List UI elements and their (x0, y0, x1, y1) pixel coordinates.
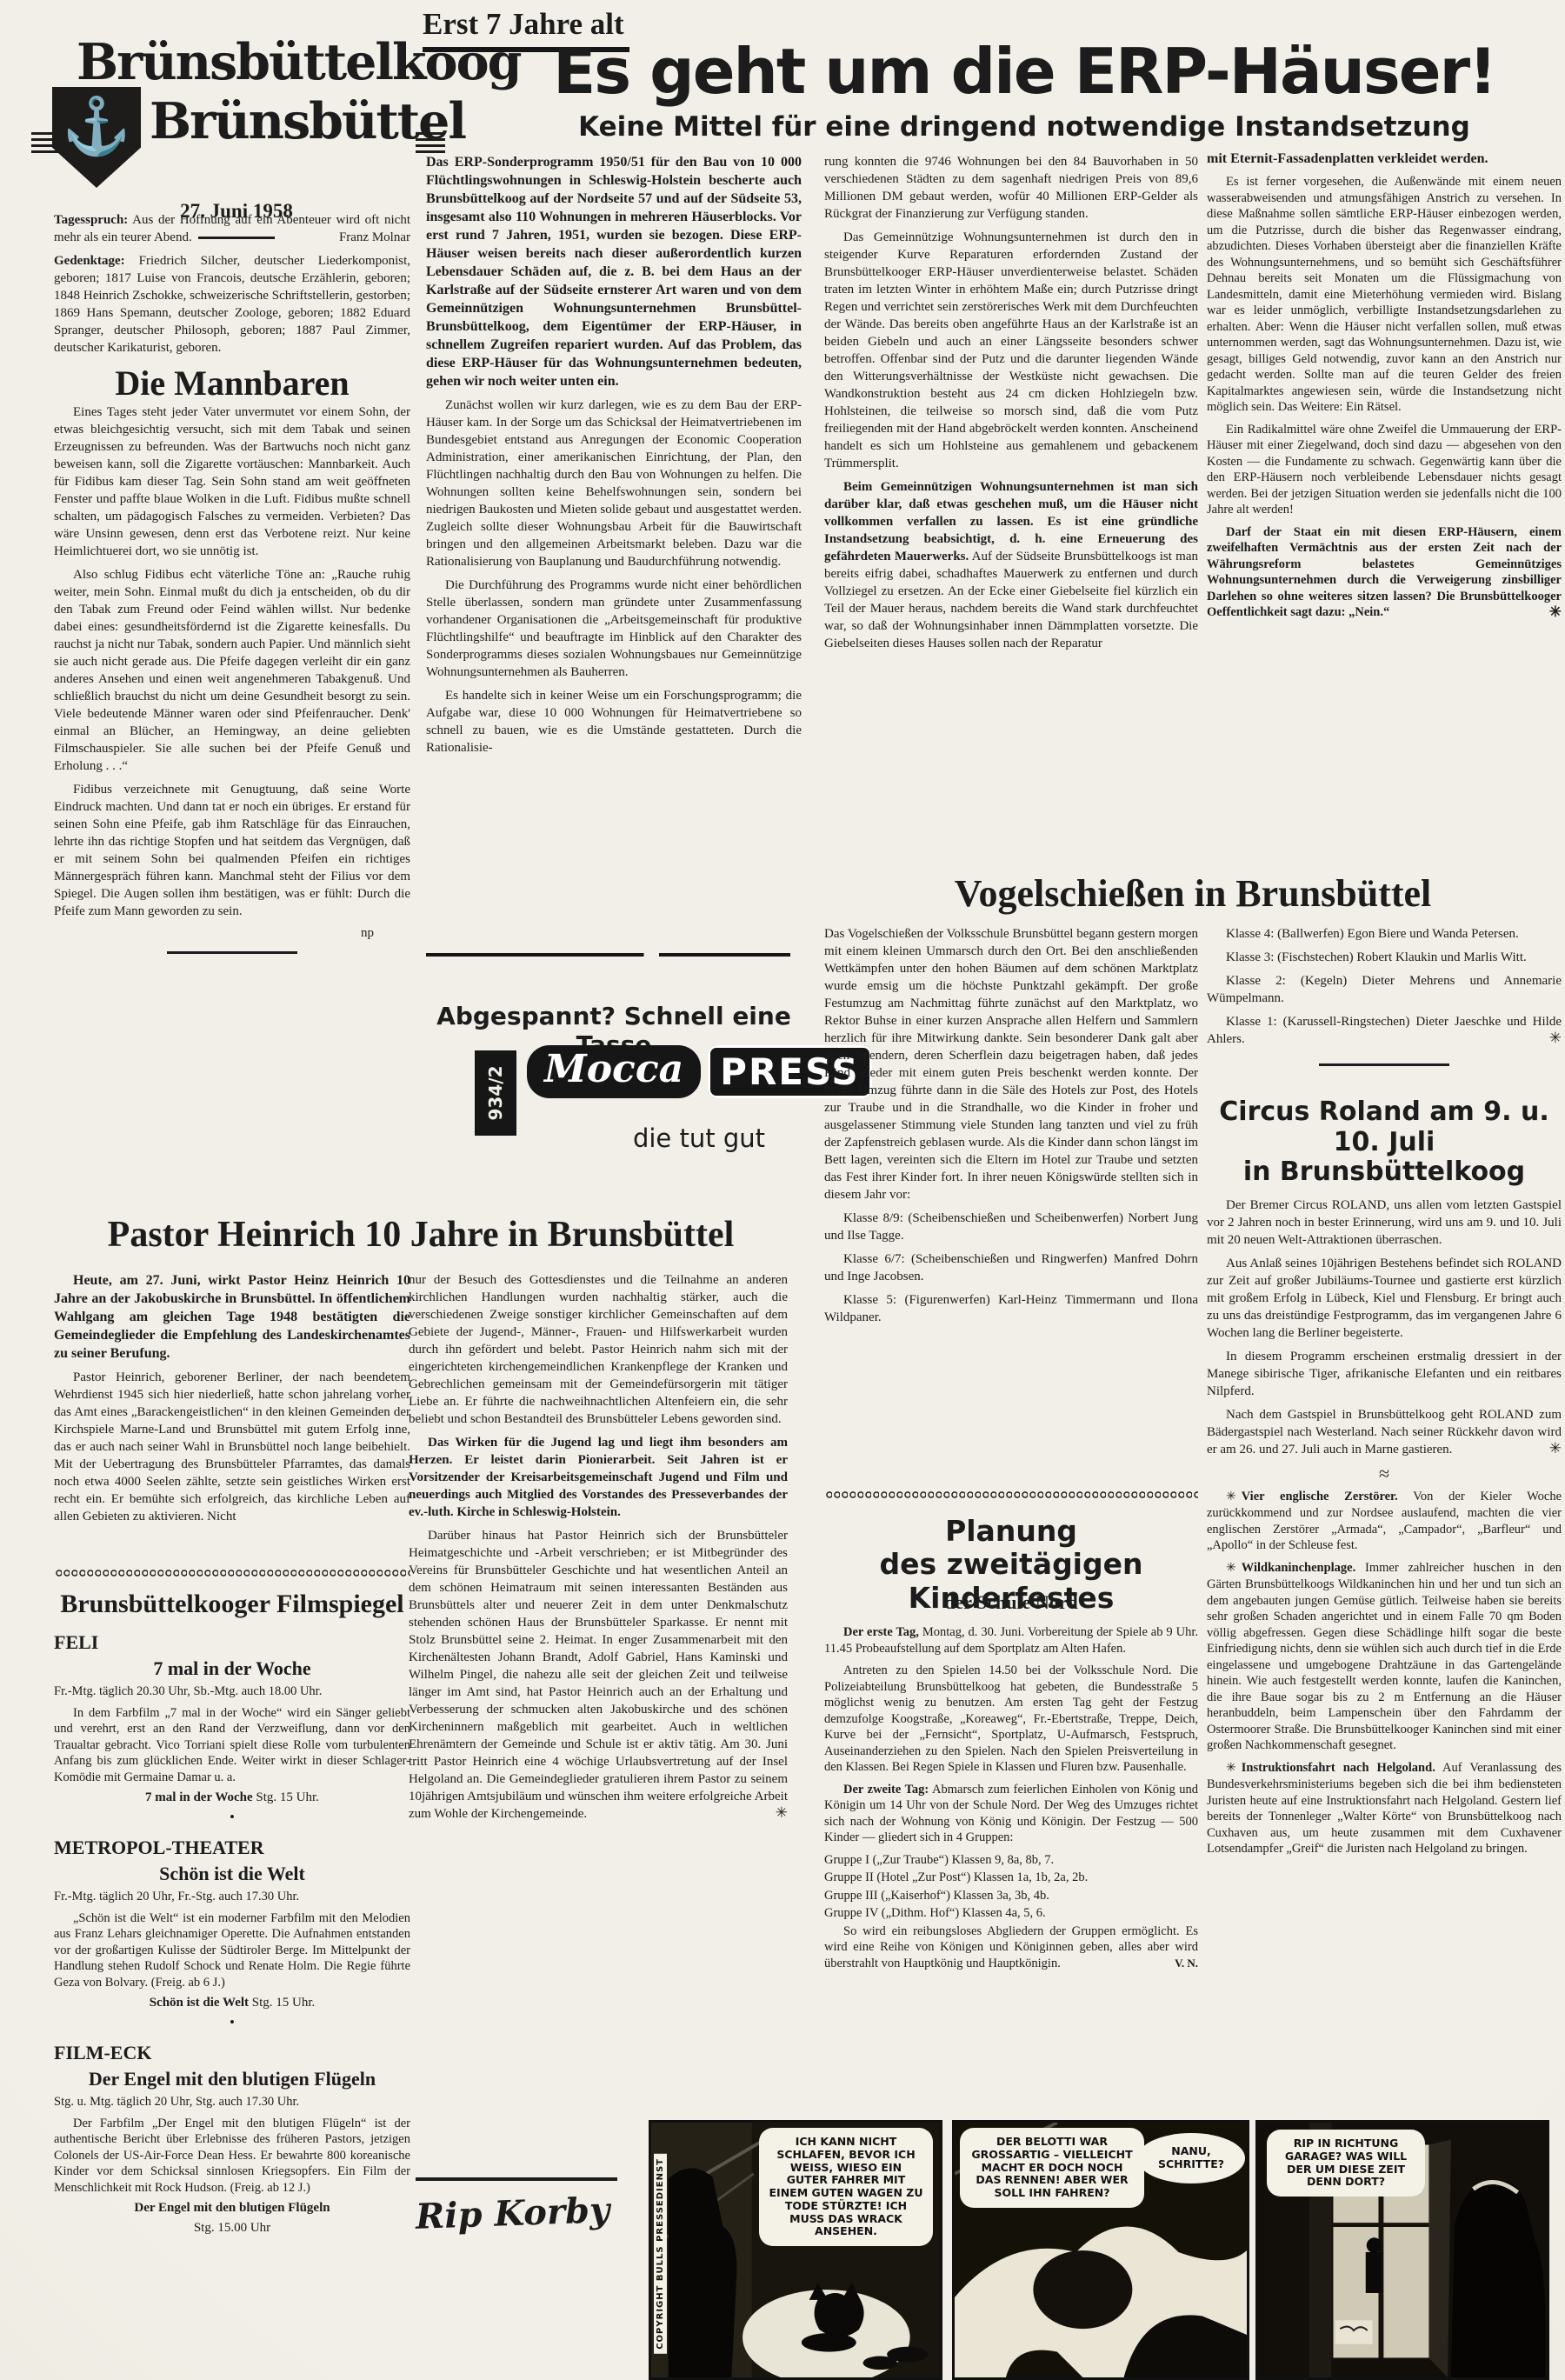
film-showline: Schön ist die Welt Stg. 15 Uhr. (54, 1996, 410, 2010)
kinderfest-group: Gruppe I („Zur Traube“) Klassen 9, 8a, 8… (824, 1852, 1198, 1869)
erp-paragraph: Die Durchführung des Programms wurde nic… (426, 577, 802, 681)
news-lead: Wildkaninchenplage. (1242, 1561, 1355, 1575)
vogel-col4: Klasse 4: (Ballwerfen) Egon Biere und Wa… (1207, 925, 1562, 1066)
film-showline: Der Engel mit den blutigen Flügeln (54, 2201, 410, 2216)
news-item: ✳Vier englische Zerstörer. Von der Kiele… (1207, 1489, 1562, 1554)
dot-separator-icon: • (54, 2016, 410, 2030)
star-icon: ✳ (1226, 1762, 1242, 1775)
gedenktage-label: Gedenktage: (54, 254, 125, 268)
dashed-rule (426, 953, 802, 957)
comic-copyright: COPYRIGHT BULLS PRESSEDIENST (654, 2154, 667, 2354)
cinema-name: FILM-ECK (54, 2042, 410, 2064)
circus-paragraph: Nach dem Gastspiel in Brunsbüttelkoog ge… (1207, 1406, 1562, 1458)
mocca-code-box: 934/2 (475, 1050, 516, 1136)
erp-article-col2: Das ERP-Sonderprogramm 1950/51 für den B… (426, 153, 802, 946)
circus-title-line2: in Brunsbüttelkoog (1207, 1157, 1562, 1188)
mannbaren-signature: np (54, 926, 410, 941)
show-title: Der Engel mit den blutigen Flügeln (134, 2201, 330, 2215)
rope-divider (54, 1569, 410, 1577)
pastor-paragraph: Darüber hinaus hat Pastor Heinrich sich … (409, 1527, 788, 1823)
show-title: Schön ist die Welt (150, 1996, 249, 2010)
dot-separator-icon: • (54, 1810, 410, 1824)
masthead-flourish-right (416, 132, 445, 153)
kinderfest-paragraph: So wird ein reibungsloses Abgliedern der… (824, 1923, 1198, 1972)
film-title: 7 mal in der Woche (54, 1657, 410, 1680)
erp-paragraph: Es ist ferner vorgesehen, die Außenwände… (1207, 174, 1562, 416)
kinderfest-paragraph: Antreten zu den Spielen 14.50 bei der Vo… (824, 1663, 1198, 1776)
pastor-paragraph: nur der Besuch des Gottesdienstes und di… (409, 1271, 788, 1428)
star-icon: ✳ (1226, 1562, 1242, 1575)
mocca-tagline: die tut gut (633, 1123, 765, 1153)
vogel-paragraph: Das Vogelschießen der Volksschule Brunsb… (824, 925, 1198, 1203)
film-showtime: Stg. 15.00 Uhr (54, 2221, 410, 2236)
film-description: Der Farbfilm „Der Engel mit den blutigen… (54, 2116, 410, 2197)
film-title: Schön ist die Welt (54, 1863, 410, 1885)
column-1-top: Tagesspruch: Aus der Hoffnung auf ein Ab… (54, 211, 410, 1208)
kinderfest-group: Gruppe IV („Dithm. Hof“) Klassen 4a, 5, … (824, 1905, 1198, 1922)
comic-title: Rip Korby (415, 2190, 610, 2237)
squiggle-divider-icon: ≈ (1207, 1464, 1562, 1483)
tagesspruch: Tagesspruch: Aus der Hoffnung auf ein Ab… (54, 211, 410, 246)
speech-bubble: DER BELOTTI WAR GROSSARTIG – VIELLEICHT … (960, 2128, 1144, 2208)
mannbaren-paragraph: Fidibus verzeichnete mit Genugtuung, daß… (54, 781, 410, 920)
gedenktage: Gedenktage: Friedrich Silcher, deutscher… (54, 252, 410, 357)
pastor-paragraph: Pastor Heinrich, geborener Berliner, der… (54, 1369, 410, 1525)
tagesspruch-label: Tagesspruch: (54, 213, 128, 227)
pastor-col2: nur der Besuch des Gottesdienstes und di… (409, 1271, 788, 2096)
masthead: Brünsbüttelkoog ⚓ Brünsbüttel 27. Juni 1… (52, 31, 421, 216)
star-icon: ✳ (1530, 1441, 1562, 1457)
circus-paragraph: Aus Anlaß seines 10jährigen Bestehens be… (1207, 1255, 1562, 1342)
speech-bubble: ICH KANN NICHT SCHLAFEN, BEVOR ICH WEISS… (759, 2128, 933, 2246)
section-rule (1319, 1063, 1449, 1066)
erp-closing-text: Darf der Staat ein mit diesen ERP-Häuser… (1207, 525, 1562, 620)
erp-lead-continuation: mit Eternit-Fassadenplatten verkleidet w… (1207, 150, 1562, 168)
tagesspruch-author: Franz Molnar (339, 229, 410, 246)
kinderfest-day-lead: Der zweite Tag: (843, 1783, 929, 1797)
kinderfest-group: Gruppe II (Hotel „Zur Post“) Klassen 1a,… (824, 1870, 1198, 1886)
vogel-list-item: Klasse 8/9: (Scheibenschießen und Scheib… (824, 1210, 1198, 1244)
film-description: „Schön ist die Welt“ ist ein moderner Fa… (54, 1910, 410, 1991)
star-icon: ✳ (1530, 604, 1562, 620)
circus-title: Circus Roland am 9. u. 10. Juli in Bruns… (1207, 1097, 1562, 1188)
vogel-title: Vogelschießen in Brunsbüttel (824, 871, 1562, 916)
circus-paragraph: Der Bremer Circus ROLAND, uns allen vom … (1207, 1197, 1562, 1249)
erp-paragraph: Es handelte sich in keiner Weise um ein … (426, 687, 802, 757)
circus-paragraph: In diesem Programm erscheinen erstmalig … (1207, 1348, 1562, 1400)
kinderfest-signature: V. N. (1155, 1956, 1198, 1971)
erp-paragraph: rung konnten die 9746 Wohnungen bei den … (824, 153, 1198, 223)
erp-paragraph: Das Gemeinnützige Wohnungsunternehmen is… (824, 229, 1198, 472)
masthead-flourish-left (31, 132, 61, 153)
erp-closing-paragraph: Darf der Staat ein mit diesen ERP-Häuser… (1207, 524, 1562, 621)
vogel-list-item: Klasse 2: (Kegeln) Dieter Mehrens und An… (1207, 972, 1562, 1007)
comic-rule (416, 2177, 617, 2181)
film-title: Der Engel mit den blutigen Flügeln (54, 2068, 410, 2090)
news-lead: Vier englische Zerstörer. (1242, 1490, 1398, 1503)
filmspiegel: Brunsbüttelkooger Filmspiegel FELI 7 mal… (54, 1590, 410, 2241)
erp-article-col4: mit Eternit-Fassadenplatten verkleidet w… (1207, 150, 1562, 867)
film-description: In dem Farbfilm „7 mal in der Woche“ wir… (54, 1705, 410, 1786)
pastor-title: Pastor Heinrich 10 Jahre in Brunsbüttel (54, 1214, 788, 1256)
film-times: Stg. u. Mtg. täglich 20 Uhr, Stg. auch 1… (54, 2094, 410, 2110)
show-time: Stg. 15 Uhr. (253, 1790, 319, 1804)
mannbaren-paragraph: Eines Tages steht jeder Vater unvermutet… (54, 403, 410, 560)
kinderfest-paragraph: Der erste Tag, Montag, d. 30. Juni. Vorb… (824, 1624, 1198, 1657)
kinderfest-text: So wird ein reibungsloses Abgliedern der… (824, 1924, 1198, 1970)
circus-title-line1: Circus Roland am 9. u. 10. Juli (1207, 1097, 1562, 1157)
column-4-lower: Circus Roland am 9. u. 10. Juli in Bruns… (1207, 1097, 1562, 2104)
kinderfest-title-line1: Planung (824, 1515, 1198, 1548)
news-lead: Instruktionsfahrt nach Helgoland. (1242, 1761, 1435, 1775)
news-item: ✳Wildkaninchenplage. Immer zahlreicher h… (1207, 1560, 1562, 1754)
mannbaren-title: Die Mannbaren (54, 363, 410, 403)
pastor-text: Darüber hinaus hat Pastor Heinrich sich … (409, 1529, 788, 1821)
mocca-logo: Mocca PRESS (527, 1045, 872, 1098)
news-item: ✳Instruktionsfahrt nach Helgoland. Auf V… (1207, 1760, 1562, 1857)
circus-text: Nach dem Gastspiel in Brunsbüttelkoog ge… (1207, 1408, 1562, 1457)
pastor-lead: Heute, am 27. Juni, wirkt Pastor Heinz H… (54, 1271, 410, 1363)
rope-divider (824, 1490, 1198, 1499)
film-showline: 7 mal in der Woche Stg. 15 Uhr. (54, 1790, 410, 1805)
cinema-name: METROPOL-THEATER (54, 1837, 410, 1859)
erp-lead: Das ERP-Sonderprogramm 1950/51 für den B… (426, 153, 802, 390)
kinderfest-day-lead: Der erste Tag, (843, 1625, 919, 1639)
film-times: Fr.-Mtg. täglich 20.30 Uhr, Sb.-Mtg. auc… (54, 1683, 410, 1700)
pastor-bold-paragraph: Das Wirken für die Jugend lag und liegt … (409, 1434, 788, 1521)
vogel-list-text: Klasse 1: (Karussell-Ringstechen) Dieter… (1207, 1015, 1562, 1046)
gedenktage-text: Friedrich Silcher, deutscher Liederkompo… (54, 254, 410, 355)
vogel-list-item: Klasse 5: (Figurenwerfen) Karl-Heinz Tim… (824, 1291, 1198, 1326)
lead-headline: Es geht um die ERP-Häuser! (483, 35, 1565, 108)
show-time: Stg. 15 Uhr. (249, 1996, 315, 2010)
vogel-list-item: Klasse 1: (Karussell-Ringstechen) Dieter… (1207, 1013, 1562, 1048)
erp-paragraph: Zunächst wollen wir kurz darlegen, wie e… (426, 397, 802, 570)
comic-panel-1: COPYRIGHT BULLS PRESSEDIENST ICH KANN NI… (649, 2120, 942, 2380)
show-title: 7 mal in der Woche (145, 1790, 253, 1804)
filmspiegel-title: Brunsbüttelkooger Filmspiegel (54, 1590, 410, 1619)
kinderfest-subtitle: der Schule Nord (824, 1591, 1198, 1614)
kinderfest-group: Gruppe III („Kaiserhof“) Klassen 3a, 3b,… (824, 1888, 1198, 1904)
erp-article-col3: rung konnten die 9746 Wohnungen bei den … (824, 153, 1198, 866)
news-text: Immer zahlreicher huschen in den Gärten … (1207, 1561, 1562, 1753)
vogel-list-item: Klasse 6/7: (Scheibenschießen und Ringwe… (824, 1250, 1198, 1285)
star-icon: ✳ (1226, 1490, 1242, 1503)
comic-panel-2: DER BELOTTI WAR GROSSARTIG – VIELLEICHT … (952, 2120, 1249, 2380)
pastor-col1: Heute, am 27. Juni, wirkt Pastor Heinz H… (54, 1271, 410, 1563)
erp-paragraph: Ein Radikalmittel wäre ohne Zweifel die … (1207, 422, 1562, 518)
cinema-name: FELI (54, 1631, 410, 1654)
speech-bubble: NANU, SCHRITTE? (1137, 2133, 1245, 2183)
star-icon: ✳ (756, 1805, 788, 1821)
town-crest: ⚓ (52, 87, 141, 188)
mocca-code: 934/2 (485, 1066, 506, 1121)
film-times: Fr.-Mtg. täglich 20 Uhr, Fr.-Stg. auch 1… (54, 1889, 410, 1905)
kinderfest-body: Der erste Tag, Montag, d. 30. Juni. Vorb… (824, 1624, 1198, 2108)
mocca-brand-script: Mocca (527, 1045, 701, 1098)
vogel-list-item: Klasse 4: (Ballwerfen) Egon Biere und Wa… (1207, 925, 1562, 943)
erp-paragraph: Beim Gemeinnützigen Wohnungsunternehmen … (824, 478, 1198, 652)
mannbaren-paragraph: Also schlug Fidibus echt väterliche Töne… (54, 566, 410, 775)
erp-paragraph-rest: Auf der Südseite Brunsbüttelkoogs ist ma… (824, 550, 1198, 650)
lead-subhead: Keine Mittel für eine dringend notwendig… (483, 111, 1565, 143)
end-rule (167, 951, 297, 954)
anchor-icon: ⚓ (52, 94, 141, 159)
comic-panel-3: RIP IN RICHTUNG GARAGE? WAS WILL DER UM … (1255, 2120, 1549, 2380)
comic-label: Rip Korby (416, 2177, 633, 2234)
vogel-col3: Das Vogelschießen der Volksschule Brunsb… (824, 925, 1198, 1486)
vogel-list-item: Klasse 3: (Fischstechen) Robert Klaukin … (1207, 949, 1562, 966)
mocca-adv: Abgespannt? Schnell eine Tasse 934/2 Moc… (426, 970, 802, 1202)
star-icon: ✳ (1530, 1030, 1562, 1046)
kinderfest-paragraph: Der zweite Tag: Abmarsch zum feierlichen… (824, 1782, 1198, 1846)
speech-bubble: RIP IN RICHTUNG GARAGE? WAS WILL DER UM … (1267, 2130, 1425, 2197)
